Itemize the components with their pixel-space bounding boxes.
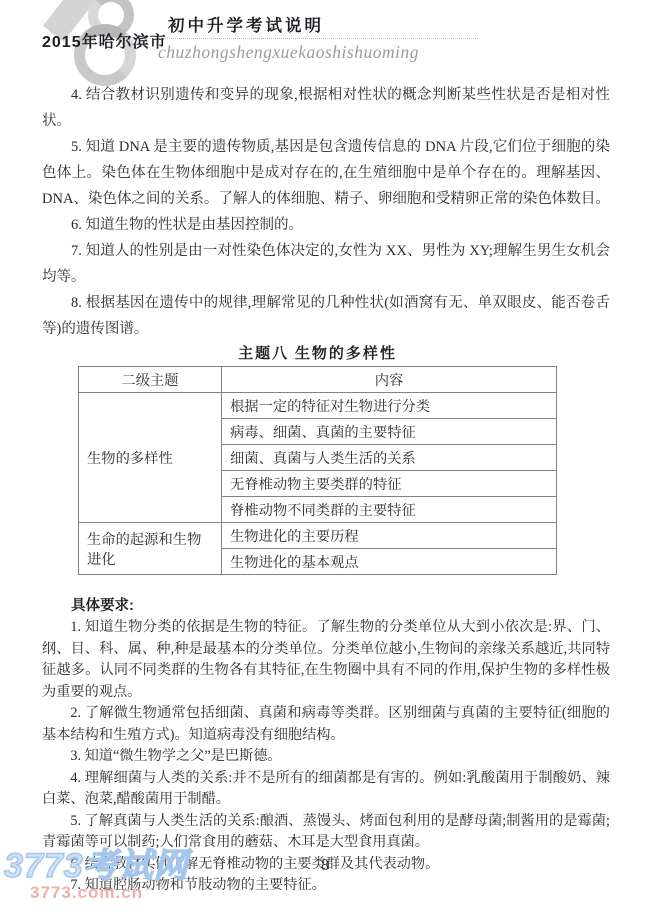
theme-cell-evolution: 生命的起源和生物进化 bbox=[79, 523, 222, 575]
table-row: 生物的多样性 根据一定的特征对生物进行分类 bbox=[79, 393, 557, 419]
watermark-url: 3773.com.cn bbox=[30, 884, 189, 902]
table-title: 主题八 生物的多样性 bbox=[78, 344, 557, 364]
intro-paragraph-4: 4. 结合教材识别遗传和变异的现象,根据相对性状的概念判断某些性状是否是相对性状… bbox=[42, 82, 610, 134]
page-header: 2015年哈尔滨市 初中升学考试说明 chuzhongshengxuekaosh… bbox=[0, 0, 650, 82]
intro-paragraph-8: 8. 根据基因在遗传中的规律,理解常见的几种性状(如酒窝有无、单双眼皮、能否卷舌… bbox=[42, 290, 610, 342]
intro-section: 4. 结合教材识别遗传和变异的现象,根据相对性状的概念判断某些性状是否是相对性状… bbox=[42, 82, 610, 342]
requirements-heading: 具体要求: bbox=[42, 595, 610, 617]
col-header-content: 内容 bbox=[222, 367, 557, 393]
title-divider bbox=[156, 38, 478, 39]
content-cell: 生物进化的基本观点 bbox=[222, 549, 557, 575]
intro-paragraph-7: 7. 知道人的性别是由一对性染色体决定的,女性为 XX、男性为 XY;理解生男生… bbox=[42, 238, 610, 290]
content-cell: 生物进化的主要历程 bbox=[222, 523, 557, 549]
requirement-item-3: 3. 知道“微生物学之父”是巴斯德。 bbox=[42, 746, 610, 768]
watermark-site: 3773考试网 bbox=[4, 848, 189, 884]
content-cell: 无脊椎动物主要类群的特征 bbox=[222, 471, 557, 497]
title-pinyin: chuzhongshengxuekaoshishuoming bbox=[158, 42, 419, 63]
page-content: 4. 结合教材识别遗传和变异的现象,根据相对性状的概念判断某些性状是否是相对性状… bbox=[0, 82, 650, 897]
requirement-item-1: 1. 知道生物分类的依据是生物的特征。了解生物的分类单位从大到小依次是:界、门、… bbox=[42, 617, 610, 703]
watermark: 3773考试网 3773.com.cn bbox=[4, 848, 189, 902]
col-header-theme: 二级主题 bbox=[79, 367, 222, 393]
requirement-item-4: 4. 理解细菌与人类的关系:并不是所有的细菌都是有害的。例如:乳酸菌用于制酸奶、… bbox=[42, 768, 610, 811]
table-row: 生命的起源和生物进化 生物进化的主要历程 bbox=[79, 523, 557, 549]
table-header-row: 二级主题 内容 bbox=[79, 367, 557, 393]
page-title: 初中升学考试说明 bbox=[168, 12, 324, 36]
topic-table: 二级主题 内容 生物的多样性 根据一定的特征对生物进行分类 病毒、细菌、真菌的主… bbox=[78, 366, 557, 575]
intro-paragraph-6: 6. 知道生物的性状是由基因控制的。 bbox=[42, 212, 610, 238]
content-cell: 根据一定的特征对生物进行分类 bbox=[222, 393, 557, 419]
requirement-item-2: 2. 了解微生物通常包括细菌、真菌和病毒等类群。区别细菌与真菌的主要特征(细胞的… bbox=[42, 703, 610, 746]
intro-paragraph-5: 5. 知道 DNA 是主要的遗传物质,基因是包含遗传信息的 DNA 片段,它们位… bbox=[42, 134, 610, 212]
region-label: 2015年哈尔滨市 bbox=[42, 29, 167, 52]
content-cell: 病毒、细菌、真菌的主要特征 bbox=[222, 419, 557, 445]
topic-table-wrap: 二级主题 内容 生物的多样性 根据一定的特征对生物进行分类 病毒、细菌、真菌的主… bbox=[78, 366, 610, 575]
content-cell: 脊椎动物不同类群的主要特征 bbox=[222, 497, 557, 523]
theme-cell-diversity: 生物的多样性 bbox=[79, 393, 222, 523]
content-cell: 细菌、真菌与人类生活的关系 bbox=[222, 445, 557, 471]
